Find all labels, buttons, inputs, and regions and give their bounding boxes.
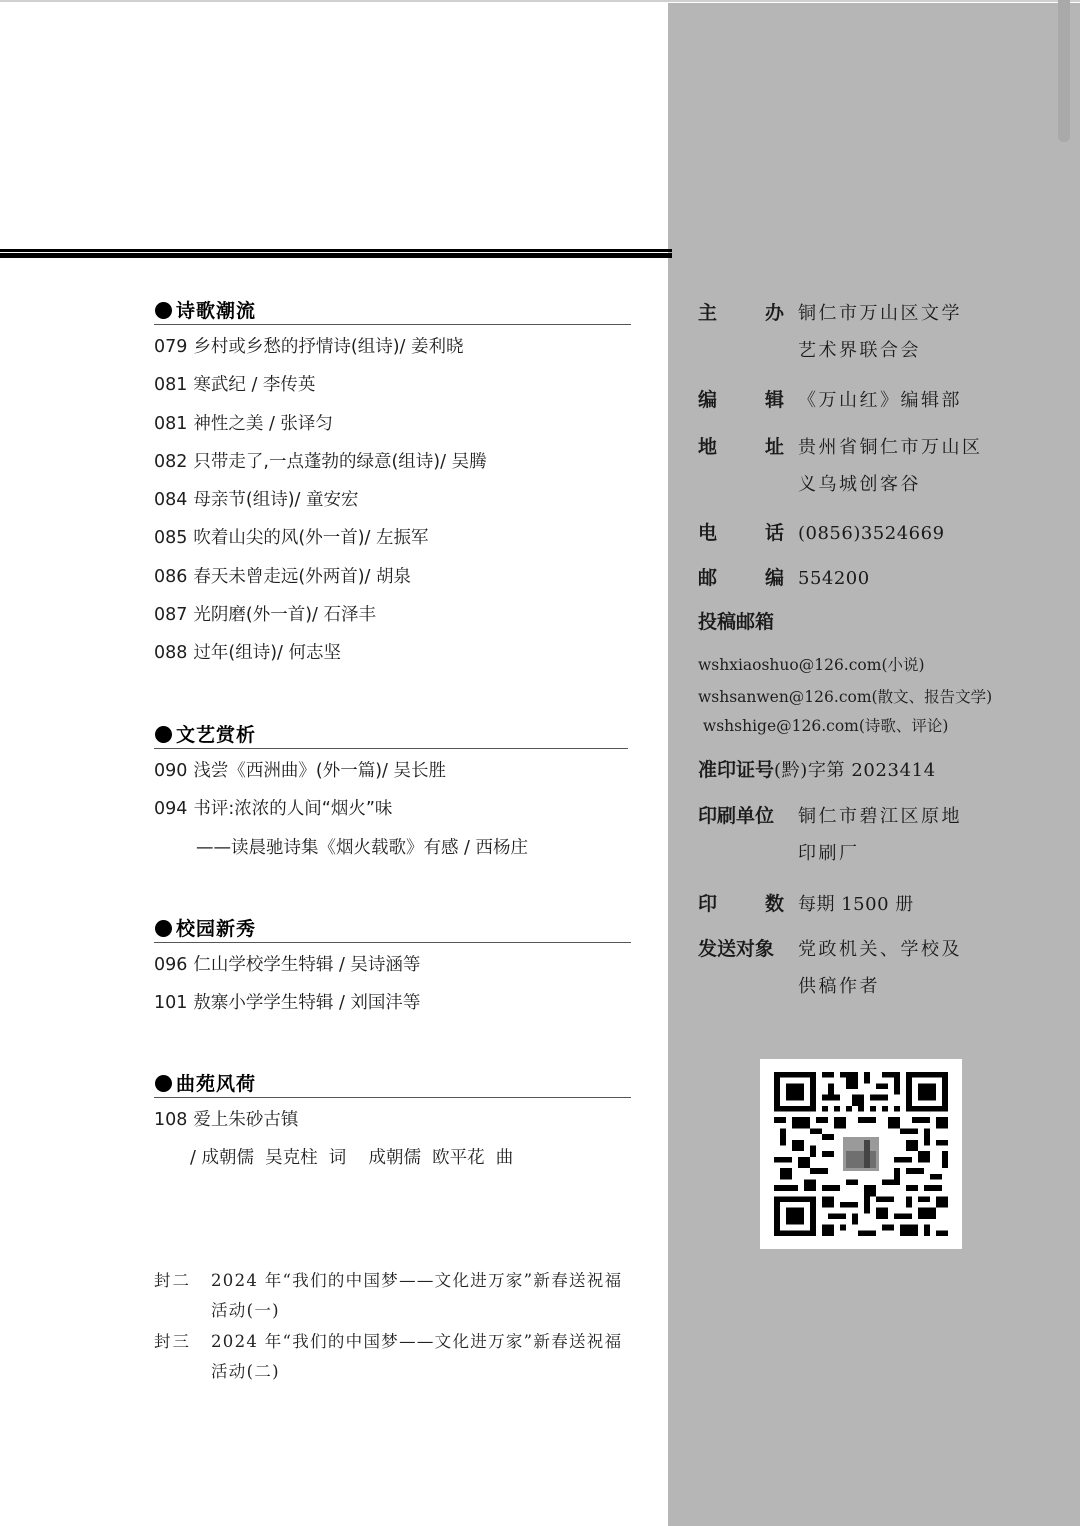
address-value: 贵州省铜仁市万山区义乌城创客谷 [798, 429, 983, 503]
printer-value: 铜仁市碧江区原地印刷厂 [798, 798, 962, 872]
print-run-value: 每期 1500 册 [798, 886, 914, 923]
toc-entry-credits[interactable]: / 成朝儒 吴克柱 词 成朝儒 欧平花 曲 [154, 1139, 631, 1177]
section-title: 曲苑风荷 [176, 1072, 256, 1097]
toc-entry[interactable]: 090浅尝《西洲曲》(外一篇)/ 吴长胜 [154, 752, 628, 790]
toc-entry[interactable]: 082只带走了,一点蓬勃的绿意(组诗)/ 吴腾 [154, 443, 631, 481]
entry-credits: / 成朝儒 吴克柱 词 成朝儒 欧平花 曲 [190, 1148, 513, 1168]
email-link-prose[interactable]: wshsanwen@126.com(散文、报告文学) [698, 682, 992, 712]
entry-subtitle: ——读晨驰诗集《烟火载歌》有感 / 西杨庄 [196, 838, 528, 858]
cover-notes: 封二 2024 年“我们的中国梦——文化进万家”新春送祝福活动(一) 封三 20… [154, 1266, 644, 1387]
cover-label: 封二 [154, 1266, 211, 1326]
page-number: 086 [154, 567, 187, 587]
bullet-icon [155, 920, 172, 937]
email-link-fiction[interactable]: wshxiaoshuo@126.com(小说) [698, 650, 925, 680]
entry-title: 书评:浓浓的人间“烟火”味 [193, 799, 392, 819]
page-number: 090 [154, 761, 187, 781]
header-rule-thin [0, 249, 672, 252]
entry-title: 吹着山尖的风(外一首)/ 左振军 [193, 528, 428, 548]
entry-title: 过年(组诗)/ 何志坚 [193, 643, 341, 663]
toc-entry[interactable]: 096仁山学校学生特辑 / 吴诗涵等 [154, 946, 631, 984]
toc-entry[interactable]: 081寒武纪 / 李传英 [154, 366, 631, 404]
postcode-label: 邮编 [698, 560, 798, 597]
page-number: 084 [154, 490, 187, 510]
cover-text: 2024 年“我们的中国梦——文化进万家”新春送祝福活动(二) [211, 1327, 622, 1387]
permit-row: 准印证号 (黔)字第 2023414 [698, 752, 936, 789]
entry-title: 浅尝《西洲曲》(外一篇)/ 吴长胜 [193, 761, 446, 781]
bullet-icon [155, 302, 172, 319]
section-title: 校园新秀 [176, 917, 256, 942]
cover-text-line: 活动(二) [211, 1362, 280, 1381]
toc-entry[interactable]: 094书评:浓浓的人间“烟火”味 [154, 790, 628, 828]
toc-section-art-appreciation: 文艺赏析 090浅尝《西洲曲》(外一篇)/ 吴长胜 094书评:浓浓的人间“烟火… [154, 721, 628, 867]
entry-title: 乡村或乡愁的抒情诗(组诗)/ 姜利晓 [193, 337, 463, 357]
cover-text-line: 活动(一) [211, 1301, 280, 1320]
toc-entry[interactable]: 088过年(组诗)/ 何志坚 [154, 634, 631, 672]
sponsor-label: 主办 [698, 295, 798, 369]
sponsor-row: 主办 铜仁市万山区文学艺术界联合会 [698, 295, 962, 369]
bullet-icon [155, 1075, 172, 1092]
distribution-value: 党政机关、学校及供稿作者 [798, 931, 962, 1005]
qr-code-card[interactable] [760, 1059, 962, 1249]
distribution-label: 发送对象 [698, 931, 798, 1005]
page-number: 101 [154, 993, 187, 1013]
permit-value: (黔)字第 2023414 [774, 752, 936, 789]
scrollbar-thumb[interactable] [1058, 0, 1070, 142]
entry-title: 神性之美 / 张译匀 [193, 414, 333, 434]
editor-row: 编辑 《万山红》编辑部 [698, 382, 962, 419]
entry-title: 爱上朱砂古镇 [193, 1110, 298, 1130]
toc-entry[interactable]: 085吹着山尖的风(外一首)/ 左振军 [154, 519, 631, 557]
entry-title: 母亲节(组诗)/ 童安宏 [193, 490, 358, 510]
section-title: 诗歌潮流 [176, 299, 256, 324]
page-number: 096 [154, 955, 187, 975]
page-number: 085 [154, 528, 187, 548]
phone-value[interactable]: (0856)3524669 [798, 515, 945, 552]
address-label: 地址 [698, 429, 798, 503]
entry-title: 春天未曾走远(外两首)/ 胡泉 [193, 567, 411, 587]
print-run-label: 印数 [698, 886, 798, 923]
address-row: 地址 贵州省铜仁市万山区义乌城创客谷 [698, 429, 983, 503]
section-heading: 诗歌潮流 [154, 297, 631, 325]
postcode-value: 554200 [798, 560, 870, 597]
page-number: 082 [154, 452, 187, 472]
toc-section-music: 曲苑风荷 108爱上朱砂古镇 / 成朝儒 吴克柱 词 成朝儒 欧平花 曲 [154, 1070, 631, 1178]
print-run-row: 印数 每期 1500 册 [698, 886, 914, 923]
email-link-poetry[interactable]: wshshige@126.com(诗歌、评论) [698, 711, 948, 741]
phone-row: 电话 (0856)3524669 [698, 515, 945, 552]
entry-title: 仁山学校学生特辑 / 吴诗涵等 [193, 955, 420, 975]
editor-label: 编辑 [698, 382, 798, 419]
cover-note-inside-front[interactable]: 封二 2024 年“我们的中国梦——文化进万家”新春送祝福活动(一) [154, 1266, 644, 1326]
section-heading: 曲苑风荷 [154, 1070, 631, 1098]
permit-label: 准印证号 [698, 752, 774, 789]
qr-code-icon [774, 1072, 948, 1236]
toc-entry[interactable]: 101敖寨小学学生特辑 / 刘国沣等 [154, 984, 631, 1022]
bullet-icon [155, 726, 172, 743]
toc-section-poetry: 诗歌潮流 079乡村或乡愁的抒情诗(组诗)/ 姜利晓 081寒武纪 / 李传英 … [154, 297, 631, 673]
toc-entry[interactable]: 081神性之美 / 张译匀 [154, 405, 631, 443]
entry-title: 光阴磨(外一首)/ 石泽丰 [193, 605, 376, 625]
cover-text: 2024 年“我们的中国梦——文化进万家”新春送祝福活动(一) [211, 1266, 622, 1326]
sponsor-value: 铜仁市万山区文学艺术界联合会 [798, 295, 962, 369]
cover-note-inside-back[interactable]: 封三 2024 年“我们的中国梦——文化进万家”新春送祝福活动(二) [154, 1327, 644, 1387]
phone-label: 电话 [698, 515, 798, 552]
printer-row: 印刷单位 铜仁市碧江区原地印刷厂 [698, 798, 962, 872]
toc-entry[interactable]: 108爱上朱砂古镇 [154, 1101, 631, 1139]
page-number: 079 [154, 337, 187, 357]
entry-title: 寒武纪 / 李传英 [193, 375, 315, 395]
page-number: 088 [154, 643, 187, 663]
page-number: 094 [154, 799, 187, 819]
page-number: 108 [154, 1110, 187, 1130]
toc-section-campus: 校园新秀 096仁山学校学生特辑 / 吴诗涵等 101敖寨小学学生特辑 / 刘国… [154, 915, 631, 1023]
cover-text-line: 2024 年“我们的中国梦——文化进万家”新春送祝福 [211, 1332, 622, 1351]
distribution-row: 发送对象 党政机关、学校及供稿作者 [698, 931, 962, 1005]
cover-text-line: 2024 年“我们的中国梦——文化进万家”新春送祝福 [211, 1271, 622, 1290]
entry-title: 只带走了,一点蓬勃的绿意(组诗)/ 吴腾 [193, 452, 486, 472]
header-rule-thick [0, 253, 672, 258]
submission-email-heading: 投稿邮箱 [698, 607, 774, 637]
section-title: 文艺赏析 [176, 723, 256, 748]
toc-entry[interactable]: 086春天未曾走远(外两首)/ 胡泉 [154, 558, 631, 596]
postcode-row: 邮编 554200 [698, 560, 870, 597]
page-number: 081 [154, 414, 187, 434]
editor-value: 《万山红》编辑部 [798, 382, 962, 419]
toc-entry-subtitle[interactable]: ——读晨驰诗集《烟火载歌》有感 / 西杨庄 [154, 829, 628, 867]
page-top-edge [0, 0, 1080, 2]
page-number: 087 [154, 605, 187, 625]
toc-entry[interactable]: 079乡村或乡愁的抒情诗(组诗)/ 姜利晓 [154, 328, 631, 366]
toc-entry[interactable]: 087光阴磨(外一首)/ 石泽丰 [154, 596, 631, 634]
section-heading: 文艺赏析 [154, 721, 628, 749]
page-number: 081 [154, 375, 187, 395]
section-heading: 校园新秀 [154, 915, 631, 943]
entry-title: 敖寨小学学生特辑 / 刘国沣等 [193, 993, 420, 1013]
toc-entry[interactable]: 084母亲节(组诗)/ 童安宏 [154, 481, 631, 519]
cover-label: 封三 [154, 1327, 211, 1387]
printer-label: 印刷单位 [698, 798, 798, 872]
